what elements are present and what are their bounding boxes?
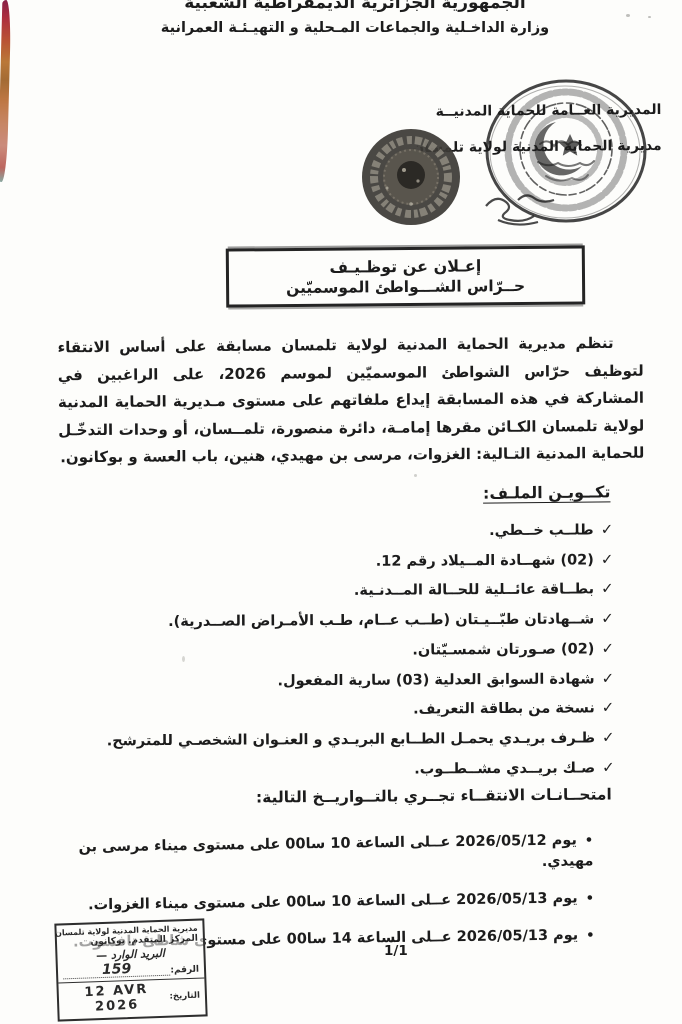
check-icon: ✓ bbox=[602, 698, 615, 716]
title-line-announcement: إعـلان عن توظـيـف bbox=[229, 255, 582, 277]
checklist-item-label: شــهادتان طبّــيـتان (طــب عــام، طـب ال… bbox=[168, 612, 594, 631]
check-icon: ✓ bbox=[602, 669, 615, 687]
document-header: الجمهورية الجزائرية الديمقراطية الشعبية … bbox=[130, 0, 580, 36]
exam-date-label: يوم 2026/05/13 عــلى الساعة 10 سا00 على … bbox=[88, 890, 578, 913]
bullet-icon: • bbox=[586, 891, 595, 906]
checklist-item-label: نسخة من بطاقة التعريف. bbox=[413, 701, 595, 718]
title-line-position: حــرّاس الشـــواطئ الموسميّين bbox=[229, 276, 582, 297]
body-paragraph: تنظم مديرية الحماية المدنية لولاية تلمسا… bbox=[57, 330, 644, 473]
handwritten-number: 159 bbox=[102, 961, 132, 978]
registry-number-row: الرقم: 159 bbox=[63, 961, 199, 980]
number-label: الرقم: bbox=[170, 965, 199, 976]
check-icon: ✓ bbox=[601, 580, 614, 598]
dark-ink-disc-stamp-icon bbox=[357, 126, 467, 230]
date-stamp-value: 12 AVR 2026 bbox=[63, 981, 170, 1016]
red-edge-scan-artifact bbox=[0, 0, 11, 182]
checklist-item-label: بطــاقة عائــلية للحــالة المــدنـية. bbox=[354, 582, 594, 599]
checklist-item: ✓ظـرف بريـدي يحمـل الطــابع البريـدي و ا… bbox=[48, 723, 614, 756]
scan-speck bbox=[648, 16, 651, 18]
registry-stamp-box: مديرية الحماية المدنية لولاية تلمسان الم… bbox=[54, 918, 207, 1021]
header-country-line: الجمهورية الجزائرية الديمقراطية الشعبية bbox=[130, 0, 580, 13]
exam-date-label: يوم 2026/05/12 عــلى الساعة 10 سا00 على … bbox=[78, 832, 593, 869]
check-icon: ✓ bbox=[601, 520, 614, 538]
bullet-icon: • bbox=[585, 833, 594, 848]
checklist-item: ✓طلــب خــطي. bbox=[47, 515, 613, 548]
checklist-item: ✓(02) صـورتان شمسـيّتان. bbox=[48, 634, 614, 667]
bullet-icon: • bbox=[586, 928, 595, 943]
scanned-document-page: الجمهورية الجزائرية الديمقراطية الشعبية … bbox=[0, 0, 682, 1024]
checklist-item-label: (02) شهــادة المــيلاد رقم 12. bbox=[376, 552, 594, 569]
check-icon: ✓ bbox=[601, 609, 614, 627]
exam-section-heading: امتحــانـات الانتقــاء تجــري بالتــواري… bbox=[256, 785, 612, 806]
check-icon: ✓ bbox=[601, 639, 614, 657]
official-round-seal-icon bbox=[478, 78, 650, 236]
page-number: 1/1 bbox=[384, 943, 408, 959]
checklist-item: ✓بطــاقة عائــلية للحــالة المــدنـية. bbox=[48, 575, 614, 608]
checklist-item: ✓نسخة من بطاقة التعريف. bbox=[48, 693, 614, 726]
incoming-mail-label: البريد الوارد bbox=[111, 947, 165, 962]
checklist-item: ✓شــهادتان طبّــيـتان (طــب عــام، طـب ا… bbox=[48, 604, 614, 637]
registry-date-row: التاريخ: 12 AVR 2026 bbox=[58, 977, 205, 1015]
file-section-heading: تكــويـن الملـف: bbox=[482, 482, 610, 502]
checklist-item: ✓شهادة السوابق العدلية (03) سارية المفعو… bbox=[48, 664, 614, 697]
header-ministry-line: وزارة الداخـلية والجماعات المـحلية و الت… bbox=[130, 20, 580, 36]
checklist-item: ✓صـك بريــدي مشــطــوب. bbox=[49, 753, 615, 786]
check-icon: ✓ bbox=[602, 728, 615, 746]
checklist-item-label: صـك بريــدي مشــطــوب. bbox=[414, 760, 595, 777]
exam-date-item: •يوم 2026/05/12 عــلى الساعة 10 سا00 على… bbox=[53, 830, 594, 880]
checklist-item-label: طلــب خــطي. bbox=[489, 522, 594, 539]
dash-mark: — bbox=[96, 949, 107, 962]
scan-speck bbox=[626, 14, 630, 17]
scan-speck bbox=[414, 474, 417, 477]
checklist-item-label: ظـرف بريـدي يحمـل الطــابع البريـدي و ال… bbox=[107, 730, 595, 749]
exam-date-item: •يوم 2026/05/13 عــلى الساعة 10 سا00 على… bbox=[54, 888, 594, 917]
check-icon: ✓ bbox=[601, 550, 614, 568]
required-documents-list: ✓طلــب خــطي. ✓(02) شهــادة المــيلاد رق… bbox=[47, 515, 615, 786]
checklist-item-label: شهادة السوابق العدلية (03) سارية المفعول… bbox=[277, 671, 594, 689]
check-icon: ✓ bbox=[602, 758, 615, 776]
checklist-item: ✓(02) شهــادة المــيلاد رقم 12. bbox=[47, 545, 613, 578]
checklist-item-label: (02) صـورتان شمسـيّتان. bbox=[412, 641, 594, 658]
date-label: التاريخ: bbox=[169, 991, 200, 1002]
recruitment-title-box: إعـلان عن توظـيـف حــرّاس الشـــواطئ الم… bbox=[226, 245, 586, 307]
